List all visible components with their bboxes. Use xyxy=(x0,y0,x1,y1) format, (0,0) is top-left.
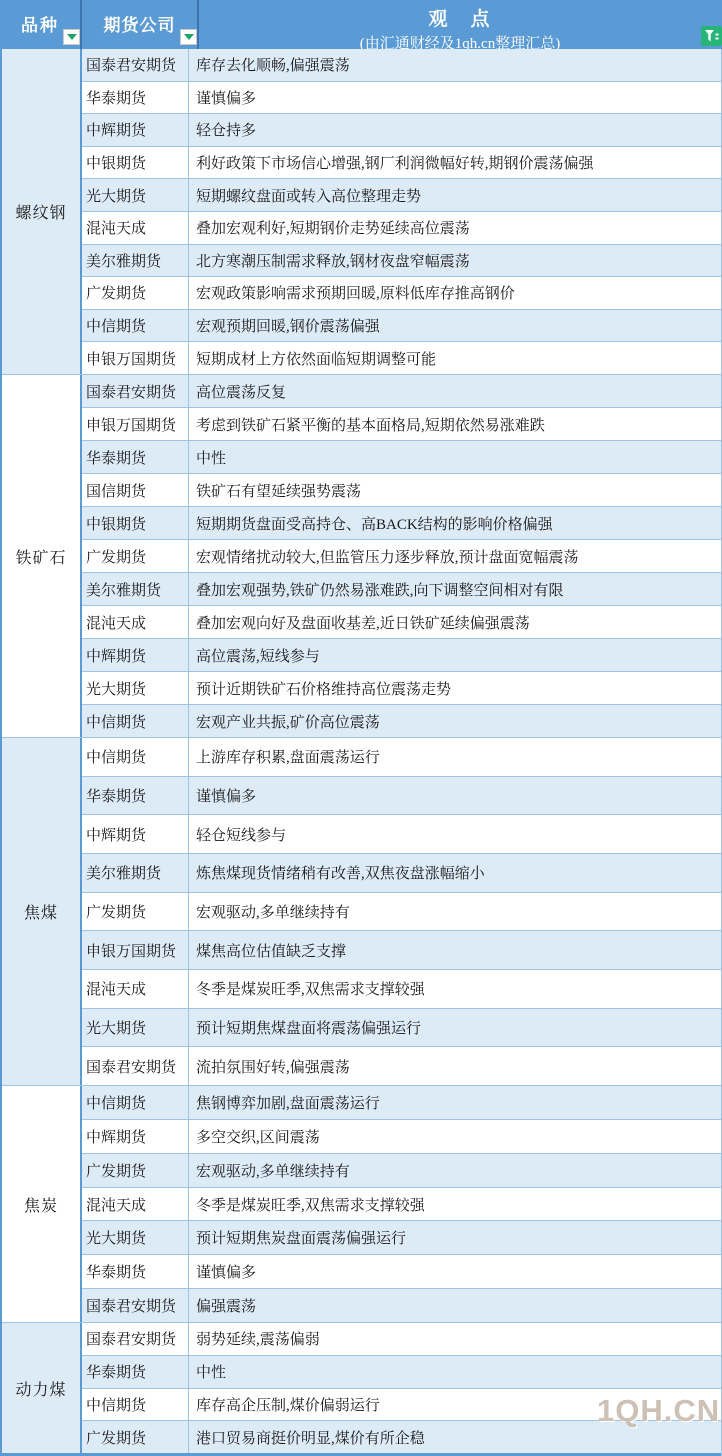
table-row: 国泰君安期货库存去化顺畅,偏强震荡 xyxy=(82,49,721,82)
table-row: 混沌天成叠加宏观利好,短期钢价走势延续高位震荡 xyxy=(82,212,721,245)
company-cell[interactable]: 广发期货 xyxy=(82,1154,189,1187)
view-cell[interactable]: 轻仓短线参与 xyxy=(189,815,721,853)
commodity-section: 铁矿石国泰君安期货高位震荡反复申银万国期货考虑到铁矿石紧平衡的基本面格局,短期依… xyxy=(2,375,721,738)
company-cell[interactable]: 申银万国期货 xyxy=(82,342,189,374)
variety-label: 焦煤 xyxy=(24,900,58,923)
view-cell[interactable]: 谨慎偏多 xyxy=(189,82,721,114)
table-row: 中银期货短期期货盘面受高持仓、高BACK结构的影响价格偏强 xyxy=(82,507,721,540)
table-row: 国泰君安期货弱势延续,震荡偏弱 xyxy=(82,1323,721,1356)
company-cell[interactable]: 光大期货 xyxy=(82,672,189,704)
company-cell[interactable]: 国泰君安期货 xyxy=(82,1323,189,1355)
variety-filter-dropdown[interactable] xyxy=(63,29,80,45)
view-cell[interactable]: 多空交织,区间震荡 xyxy=(189,1120,721,1153)
table-row: 中信期货上游库存积累,盘面震荡运行 xyxy=(82,738,721,777)
company-cell[interactable]: 中辉期货 xyxy=(82,639,189,671)
table-row: 美尔雅期货炼焦煤现货情绪稍有改善,双焦夜盘涨幅缩小 xyxy=(82,854,721,893)
company-cell[interactable]: 美尔雅期货 xyxy=(82,573,189,605)
view-cell[interactable]: 宏观政策影响需求预期回暖,原料低库存推高钢价 xyxy=(189,277,721,309)
view-cell[interactable]: 谨慎偏多 xyxy=(189,777,721,815)
view-cell[interactable]: 弱势延续,震荡偏弱 xyxy=(189,1323,721,1355)
view-cell[interactable]: 利好政策下市场信心增强,钢厂利润微幅好转,期钢价震荡偏强 xyxy=(189,147,721,179)
futures-opinions-table: 品种 期货公司 观 点 (由汇通财经及1qh.cn整理汇总) 螺纹钢国泰君安期货… xyxy=(0,0,722,1456)
company-cell[interactable]: 广发期货 xyxy=(82,277,189,309)
company-cell[interactable]: 混沌天成 xyxy=(82,606,189,638)
table-row: 华泰期货谨慎偏多 xyxy=(82,1255,721,1289)
view-cell[interactable]: 叠加宏观强势,铁矿仍然易涨难跌,向下调整空间相对有限 xyxy=(189,573,721,605)
table-row: 国泰君安期货偏强震荡 xyxy=(82,1289,721,1322)
view-cell[interactable]: 冬季是煤炭旺季,双焦需求支撑较强 xyxy=(189,970,721,1008)
company-cell[interactable]: 中信期货 xyxy=(82,1389,189,1421)
view-cell[interactable]: 高位震荡反复 xyxy=(189,375,721,407)
view-column-title: 观 点 xyxy=(198,4,722,31)
table-row: 中辉期货多空交织,区间震荡 xyxy=(82,1120,721,1154)
variety-cell[interactable]: 动力煤 xyxy=(2,1323,82,1453)
company-cell[interactable]: 中信期货 xyxy=(82,310,189,342)
view-cell[interactable]: 上游库存积累,盘面震荡运行 xyxy=(189,738,721,776)
table-row: 中银期货利好政策下市场信心增强,钢厂利润微幅好转,期钢价震荡偏强 xyxy=(82,147,721,180)
company-cell[interactable]: 华泰期货 xyxy=(82,82,189,114)
view-cell[interactable]: 宏观驱动,多单继续持有 xyxy=(189,893,721,931)
table-row: 华泰期货谨慎偏多 xyxy=(82,777,721,816)
company-cell[interactable]: 华泰期货 xyxy=(82,1356,189,1388)
table-row: 广发期货宏观政策影响需求预期回暖,原料低库存推高钢价 xyxy=(82,277,721,310)
table-row: 广发期货宏观情绪扰动较大,但监管压力逐步释放,预计盘面宽幅震荡 xyxy=(82,540,721,573)
view-cell[interactable]: 预计短期焦炭盘面震荡偏强运行 xyxy=(189,1221,721,1254)
table-row: 混沌天成叠加宏观向好及盘面收基差,近日铁矿延续偏强震荡 xyxy=(82,606,721,639)
chevron-down-icon xyxy=(184,34,194,40)
variety-cell[interactable]: 铁矿石 xyxy=(2,375,82,737)
view-cell[interactable]: 宏观预期回暖,钢价震荡偏强 xyxy=(189,310,721,342)
table-row: 广发期货港口贸易商挺价明显,煤价有所企稳 xyxy=(82,1421,721,1453)
table-row: 中信期货宏观预期回暖,钢价震荡偏强 xyxy=(82,310,721,343)
company-cell[interactable]: 混沌天成 xyxy=(82,1188,189,1221)
company-cell[interactable]: 中信期货 xyxy=(82,705,189,737)
table-row: 华泰期货谨慎偏多 xyxy=(82,82,721,115)
view-cell[interactable]: 谨慎偏多 xyxy=(189,1255,721,1288)
company-cell[interactable]: 华泰期货 xyxy=(82,1255,189,1288)
commodity-section: 动力煤国泰君安期货弱势延续,震荡偏弱华泰期货中性中信期货库存高企压制,煤价偏弱运… xyxy=(2,1323,721,1456)
table-row: 中信期货宏观产业共振,矿价高位震荡 xyxy=(82,705,721,737)
view-cell[interactable]: 短期成材上方依然面临短期调整可能 xyxy=(189,342,721,374)
company-cell[interactable]: 美尔雅期货 xyxy=(82,245,189,277)
company-cell[interactable]: 华泰期货 xyxy=(82,441,189,473)
company-cell[interactable]: 光大期货 xyxy=(82,179,189,211)
view-cell[interactable]: 短期螺纹盘面或转入高位整理走势 xyxy=(189,179,721,211)
table-row: 中辉期货高位震荡,短线参与 xyxy=(82,639,721,672)
commodity-section: 焦炭中信期货焦钢博弈加剧,盘面震荡运行中辉期货多空交织,区间震荡广发期货宏观驱动… xyxy=(2,1086,721,1323)
company-cell[interactable]: 国信期货 xyxy=(82,474,189,506)
view-cell[interactable]: 库存高企压制,煤价偏弱运行 xyxy=(189,1389,721,1421)
chevron-down-icon xyxy=(67,34,77,40)
company-cell[interactable]: 国泰君安期货 xyxy=(82,375,189,407)
table-row: 光大期货预计短期焦煤盘面将震荡偏强运行 xyxy=(82,1009,721,1048)
table-row: 光大期货预计短期焦炭盘面震荡偏强运行 xyxy=(82,1221,721,1255)
variety-cell[interactable]: 螺纹钢 xyxy=(2,49,82,374)
view-cell[interactable]: 预计近期铁矿石价格维持高位震荡走势 xyxy=(189,672,721,704)
commodity-section: 焦煤中信期货上游库存积累,盘面震荡运行华泰期货谨慎偏多中辉期货轻仓短线参与美尔雅… xyxy=(2,738,721,1086)
view-cell[interactable]: 库存去化顺畅,偏强震荡 xyxy=(189,49,721,81)
company-cell[interactable]: 申银万国期货 xyxy=(82,931,189,969)
company-cell[interactable]: 中信期货 xyxy=(82,1086,189,1119)
view-column-header: 观 点 (由汇通财经及1qh.cn整理汇总) xyxy=(198,4,722,53)
table-body: 螺纹钢国泰君安期货库存去化顺畅,偏强震荡华泰期货谨慎偏多中辉期货轻仓持多中银期货… xyxy=(0,49,722,1456)
company-cell[interactable]: 申银万国期货 xyxy=(82,408,189,440)
table-row: 申银万国期货短期成材上方依然面临短期调整可能 xyxy=(82,342,721,374)
view-cell[interactable]: 短期期货盘面受高持仓、高BACK结构的影响价格偏强 xyxy=(189,507,721,539)
table-row: 国信期货铁矿石有望延续强势震荡 xyxy=(82,474,721,507)
company-cell[interactable]: 广发期货 xyxy=(82,893,189,931)
view-cell[interactable]: 叠加宏观向好及盘面收基差,近日铁矿延续偏强震荡 xyxy=(189,606,721,638)
table-row: 美尔雅期货北方寒潮压制需求释放,钢材夜盘窄幅震荡 xyxy=(82,245,721,278)
table-row: 华泰期货中性 xyxy=(82,441,721,474)
company-cell[interactable]: 中辉期货 xyxy=(82,815,189,853)
view-cell[interactable]: 北方寒潮压制需求释放,钢材夜盘窄幅震荡 xyxy=(189,245,721,277)
table-row: 混沌天成冬季是煤炭旺季,双焦需求支撑较强 xyxy=(82,970,721,1009)
view-cell[interactable]: 叠加宏观利好,短期钢价走势延续高位震荡 xyxy=(189,212,721,244)
company-cell[interactable]: 光大期货 xyxy=(82,1009,189,1047)
view-cell[interactable]: 焦钢博弈加剧,盘面震荡运行 xyxy=(189,1086,721,1119)
company-cell[interactable]: 国泰君安期货 xyxy=(82,1047,189,1085)
table-row: 光大期货短期螺纹盘面或转入高位整理走势 xyxy=(82,179,721,212)
table-row: 广发期货宏观驱动,多单继续持有 xyxy=(82,1154,721,1188)
company-cell[interactable]: 混沌天成 xyxy=(82,212,189,244)
company-cell[interactable]: 国泰君安期货 xyxy=(82,49,189,81)
table-row: 中信期货库存高企压制,煤价偏弱运行 xyxy=(82,1389,721,1422)
table-row: 申银万国期货煤焦高位估值缺乏支撑 xyxy=(82,931,721,970)
view-cell[interactable]: 高位震荡,短线参与 xyxy=(189,639,721,671)
view-cell[interactable]: 宏观驱动,多单继续持有 xyxy=(189,1154,721,1187)
view-cell[interactable]: 炼焦煤现货情绪稍有改善,双焦夜盘涨幅缩小 xyxy=(189,854,721,892)
funnel-glyph xyxy=(704,29,719,43)
company-cell[interactable]: 广发期货 xyxy=(82,1421,189,1453)
variety-label: 焦炭 xyxy=(24,1193,58,1216)
table-header: 品种 期货公司 观 点 (由汇通财经及1qh.cn整理汇总) xyxy=(0,0,722,49)
view-cell[interactable]: 煤焦高位估值缺乏支撑 xyxy=(189,931,721,969)
variety-label: 螺纹钢 xyxy=(15,200,66,223)
company-cell[interactable]: 美尔雅期货 xyxy=(82,854,189,892)
view-cell[interactable]: 宏观情绪扰动较大,但监管压力逐步释放,预计盘面宽幅震荡 xyxy=(189,540,721,572)
table-row: 国泰君安期货流拍氛围好转,偏强震荡 xyxy=(82,1047,721,1085)
commodity-section: 螺纹钢国泰君安期货库存去化顺畅,偏强震荡华泰期货谨慎偏多中辉期货轻仓持多中银期货… xyxy=(2,49,721,375)
table-row: 美尔雅期货叠加宏观强势,铁矿仍然易涨难跌,向下调整空间相对有限 xyxy=(82,573,721,606)
view-cell[interactable]: 考虑到铁矿石紧平衡的基本面格局,短期依然易涨难跌 xyxy=(189,408,721,440)
variety-label: 铁矿石 xyxy=(15,545,66,568)
company-cell[interactable]: 光大期货 xyxy=(82,1221,189,1254)
view-cell[interactable]: 偏强震荡 xyxy=(189,1289,721,1322)
company-cell[interactable]: 混沌天成 xyxy=(82,970,189,1008)
table-row: 中辉期货轻仓短线参与 xyxy=(82,815,721,854)
view-cell[interactable]: 轻仓持多 xyxy=(189,114,721,146)
table-row: 混沌天成冬季是煤炭旺季,双焦需求支撑较强 xyxy=(82,1188,721,1222)
table-row: 中信期货焦钢博弈加剧,盘面震荡运行 xyxy=(82,1086,721,1120)
view-cell[interactable]: 流拍氛围好转,偏强震荡 xyxy=(189,1047,721,1085)
view-cell[interactable]: 中性 xyxy=(189,1356,721,1388)
view-cell[interactable]: 中性 xyxy=(189,441,721,473)
table-row: 光大期货预计近期铁矿石价格维持高位震荡走势 xyxy=(82,672,721,705)
company-cell[interactable]: 中银期货 xyxy=(82,147,189,179)
view-cell[interactable]: 宏观产业共振,矿价高位震荡 xyxy=(189,705,721,737)
company-filter-dropdown[interactable] xyxy=(180,29,197,45)
table-row: 中辉期货轻仓持多 xyxy=(82,114,721,147)
variety-cell[interactable]: 焦煤 xyxy=(2,738,82,1085)
view-cell[interactable]: 冬季是煤炭旺季,双焦需求支撑较强 xyxy=(189,1188,721,1221)
company-cell[interactable]: 中辉期货 xyxy=(82,1120,189,1153)
view-cell[interactable]: 预计短期焦煤盘面将震荡偏强运行 xyxy=(189,1009,721,1047)
table-row: 广发期货宏观驱动,多单继续持有 xyxy=(82,893,721,932)
table-row: 国泰君安期货高位震荡反复 xyxy=(82,375,721,408)
company-cell[interactable]: 国泰君安期货 xyxy=(82,1289,189,1322)
variety-label: 动力煤 xyxy=(15,1377,66,1400)
view-cell[interactable]: 港口贸易商挺价明显,煤价有所企稳 xyxy=(189,1421,721,1453)
company-cell[interactable]: 中辉期货 xyxy=(82,114,189,146)
table-row: 华泰期货中性 xyxy=(82,1356,721,1389)
table-row: 申银万国期货考虑到铁矿石紧平衡的基本面格局,短期依然易涨难跌 xyxy=(82,408,721,441)
company-cell[interactable]: 华泰期货 xyxy=(82,777,189,815)
funnel-icon[interactable] xyxy=(701,26,722,46)
company-cell[interactable]: 广发期货 xyxy=(82,540,189,572)
view-cell[interactable]: 铁矿石有望延续强势震荡 xyxy=(189,474,721,506)
company-cell[interactable]: 中信期货 xyxy=(82,738,189,776)
company-cell[interactable]: 中银期货 xyxy=(82,507,189,539)
variety-cell[interactable]: 焦炭 xyxy=(2,1086,82,1322)
